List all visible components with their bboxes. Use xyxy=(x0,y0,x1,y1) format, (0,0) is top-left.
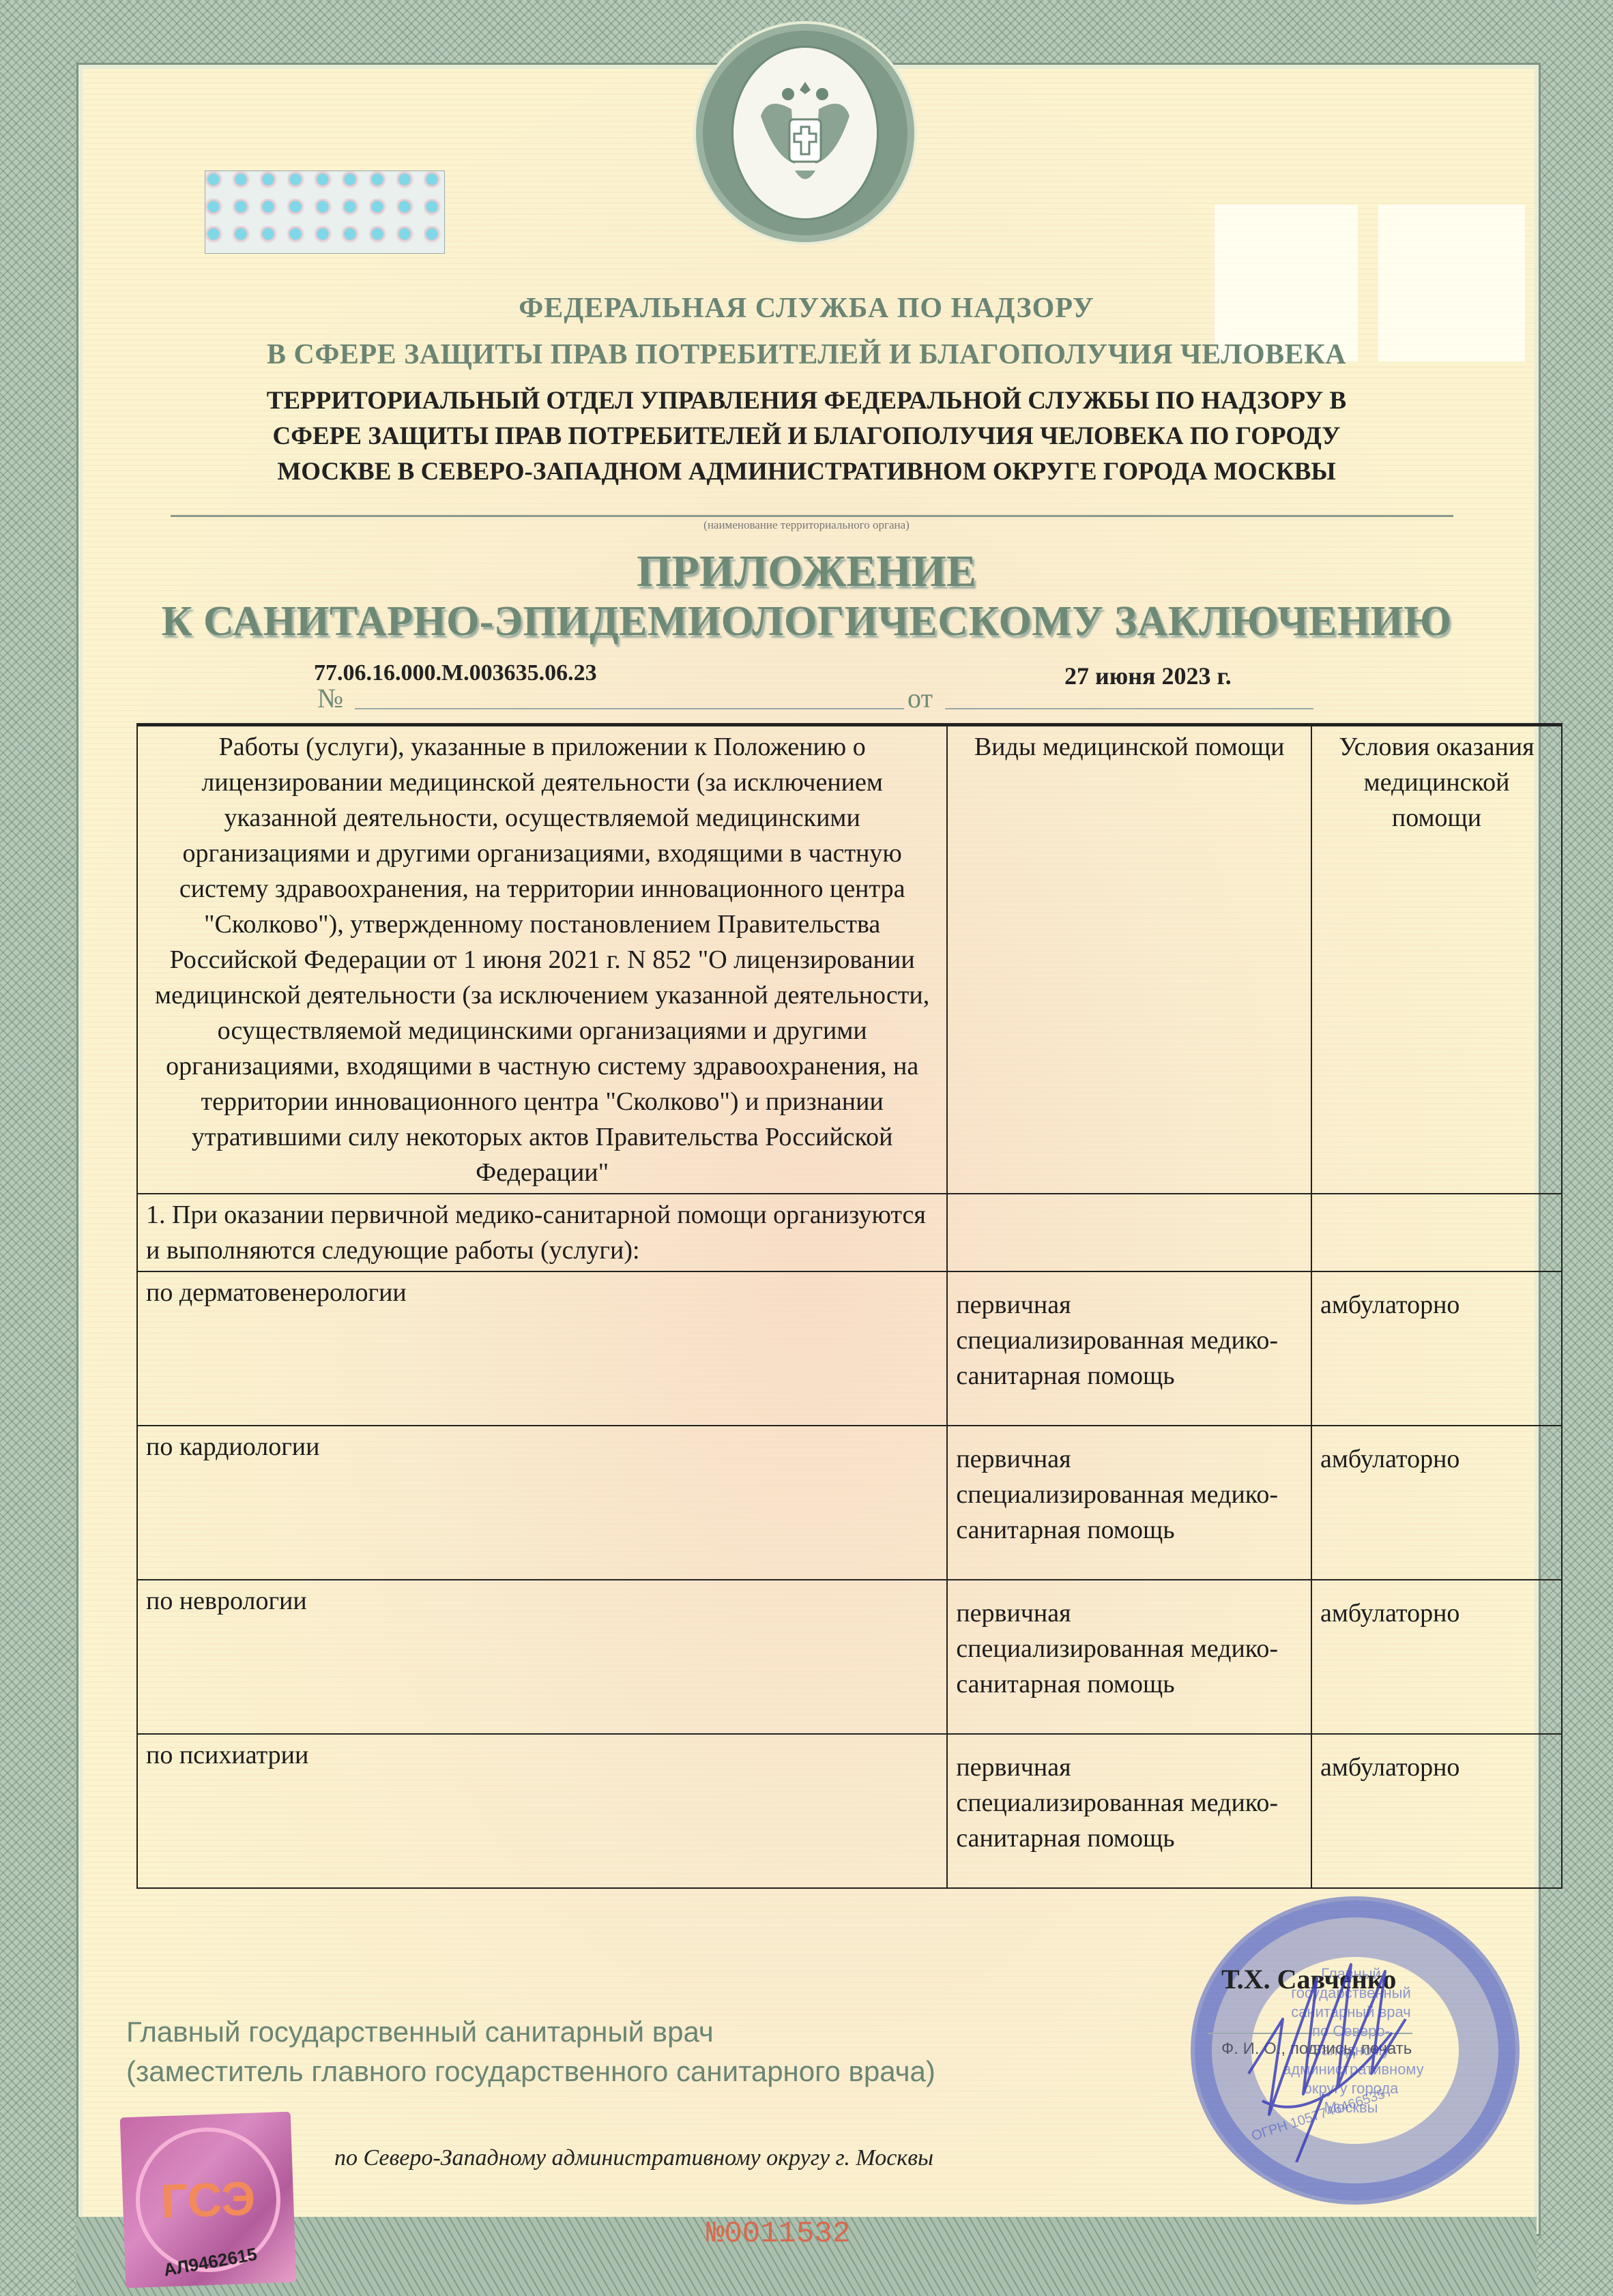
date-underline xyxy=(945,708,1313,709)
table-row: по психиатрии первичная специализированн… xyxy=(137,1734,1562,1888)
position-title: Главный государственный санитарный врач xyxy=(126,2016,714,2048)
territorial-body-name: ТЕРРИТОРИАЛЬНЫЙ ОТДЕЛ УПРАВЛЕНИЯ ФЕДЕРАЛ… xyxy=(76,383,1537,490)
district-name: по Северо-Западному административному ок… xyxy=(334,2145,933,2171)
double-headed-eagle-icon xyxy=(754,68,856,198)
header-care-type: Виды медицинской помощи xyxy=(947,725,1311,1194)
table-header-row: Работы (услуги), указанные в приложении … xyxy=(137,725,1562,1194)
document-subtitle: К САНИТАРНО-ЭПИДЕМИОЛОГИЧЕСКОМУ ЗАКЛЮЧЕН… xyxy=(76,598,1537,646)
handwritten-signature-icon xyxy=(1221,1937,1440,2162)
number-label: № xyxy=(317,682,343,714)
header-works: Работы (услуги), указанные в приложении … xyxy=(137,725,947,1194)
conclusion-date: 27 июня 2023 г. xyxy=(1064,662,1232,690)
header-care-conditions: Условия оказания медицинской помощи xyxy=(1311,725,1562,1194)
hologram-sticker: ГСЭ АЛ9462615 xyxy=(120,2112,297,2288)
conclusion-number: 77.06.16.000.М.003635.06.23 xyxy=(314,660,597,686)
table-section-row: 1. При оказании первичной медико-санитар… xyxy=(137,1194,1562,1271)
table-row: по кардиологии первичная специализирован… xyxy=(137,1426,1562,1580)
section-title: 1. При оказании первичной медико-санитар… xyxy=(137,1194,947,1271)
divider xyxy=(171,515,1453,517)
document-title: ПРИЛОЖЕНИЕ xyxy=(76,546,1537,598)
agency-name-line-1: ФЕДЕРАЛЬНАЯ СЛУЖБА ПО НАДЗОРУ xyxy=(76,292,1537,325)
number-underline xyxy=(355,708,904,709)
security-hologram-strip xyxy=(205,171,445,254)
services-table: Работы (услуги), указанные в приложении … xyxy=(136,723,1563,1889)
table-row: по дерматовенерологии первичная специали… xyxy=(137,1271,1562,1426)
date-label: от xyxy=(907,682,933,714)
territorial-body-caption: (наименование территориального органа) xyxy=(76,518,1537,532)
rospotrebnadzor-emblem-icon xyxy=(682,27,928,239)
table-row: по неврологии первичная специализированн… xyxy=(137,1580,1562,1734)
form-serial-number: №0011532 xyxy=(706,2217,850,2251)
position-deputy-title: (заместитель главного государственного с… xyxy=(126,2055,935,2088)
agency-name-line-2: В СФЕРЕ ЗАЩИТЫ ПРАВ ПОТРЕБИТЕЛЕЙ И БЛАГО… xyxy=(76,338,1537,371)
